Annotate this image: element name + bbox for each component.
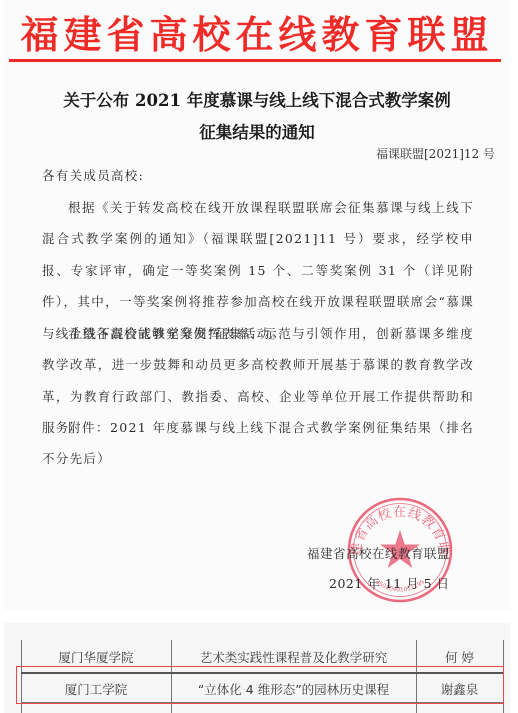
- signature-organization: 福建省高校在线教育联盟: [307, 544, 450, 562]
- table-cell-teacher: 何 婷: [416, 648, 503, 666]
- table-cell-case: 艺术类实践性课程普及化教学研究: [171, 648, 416, 666]
- notice-document: 福建省高校在线教育联盟 关于公布 2021 年度慕课与线上线下混合式教学案例 征…: [4, 0, 510, 610]
- attachment-note: 附件：2021 年度慕课与线上线下混合式教学案例征集结果（排名不分先后）: [42, 412, 474, 475]
- masthead-title: 福建省高校在线教育联盟: [4, 4, 510, 59]
- notice-title-line1: 关于公布 2021 年度慕课与线上线下混合式教学案例: [4, 87, 510, 111]
- notice-title-line2: 征集结果的通知: [4, 119, 510, 143]
- table-cell-school: 厦门华厦学院: [21, 648, 171, 666]
- greeting: 各有关成员高校:: [42, 160, 474, 191]
- highlighted-row-box: [16, 666, 504, 704]
- signature-date: 2021 年 11 月 5 日: [329, 574, 450, 592]
- masthead-red-rule: [9, 59, 501, 62]
